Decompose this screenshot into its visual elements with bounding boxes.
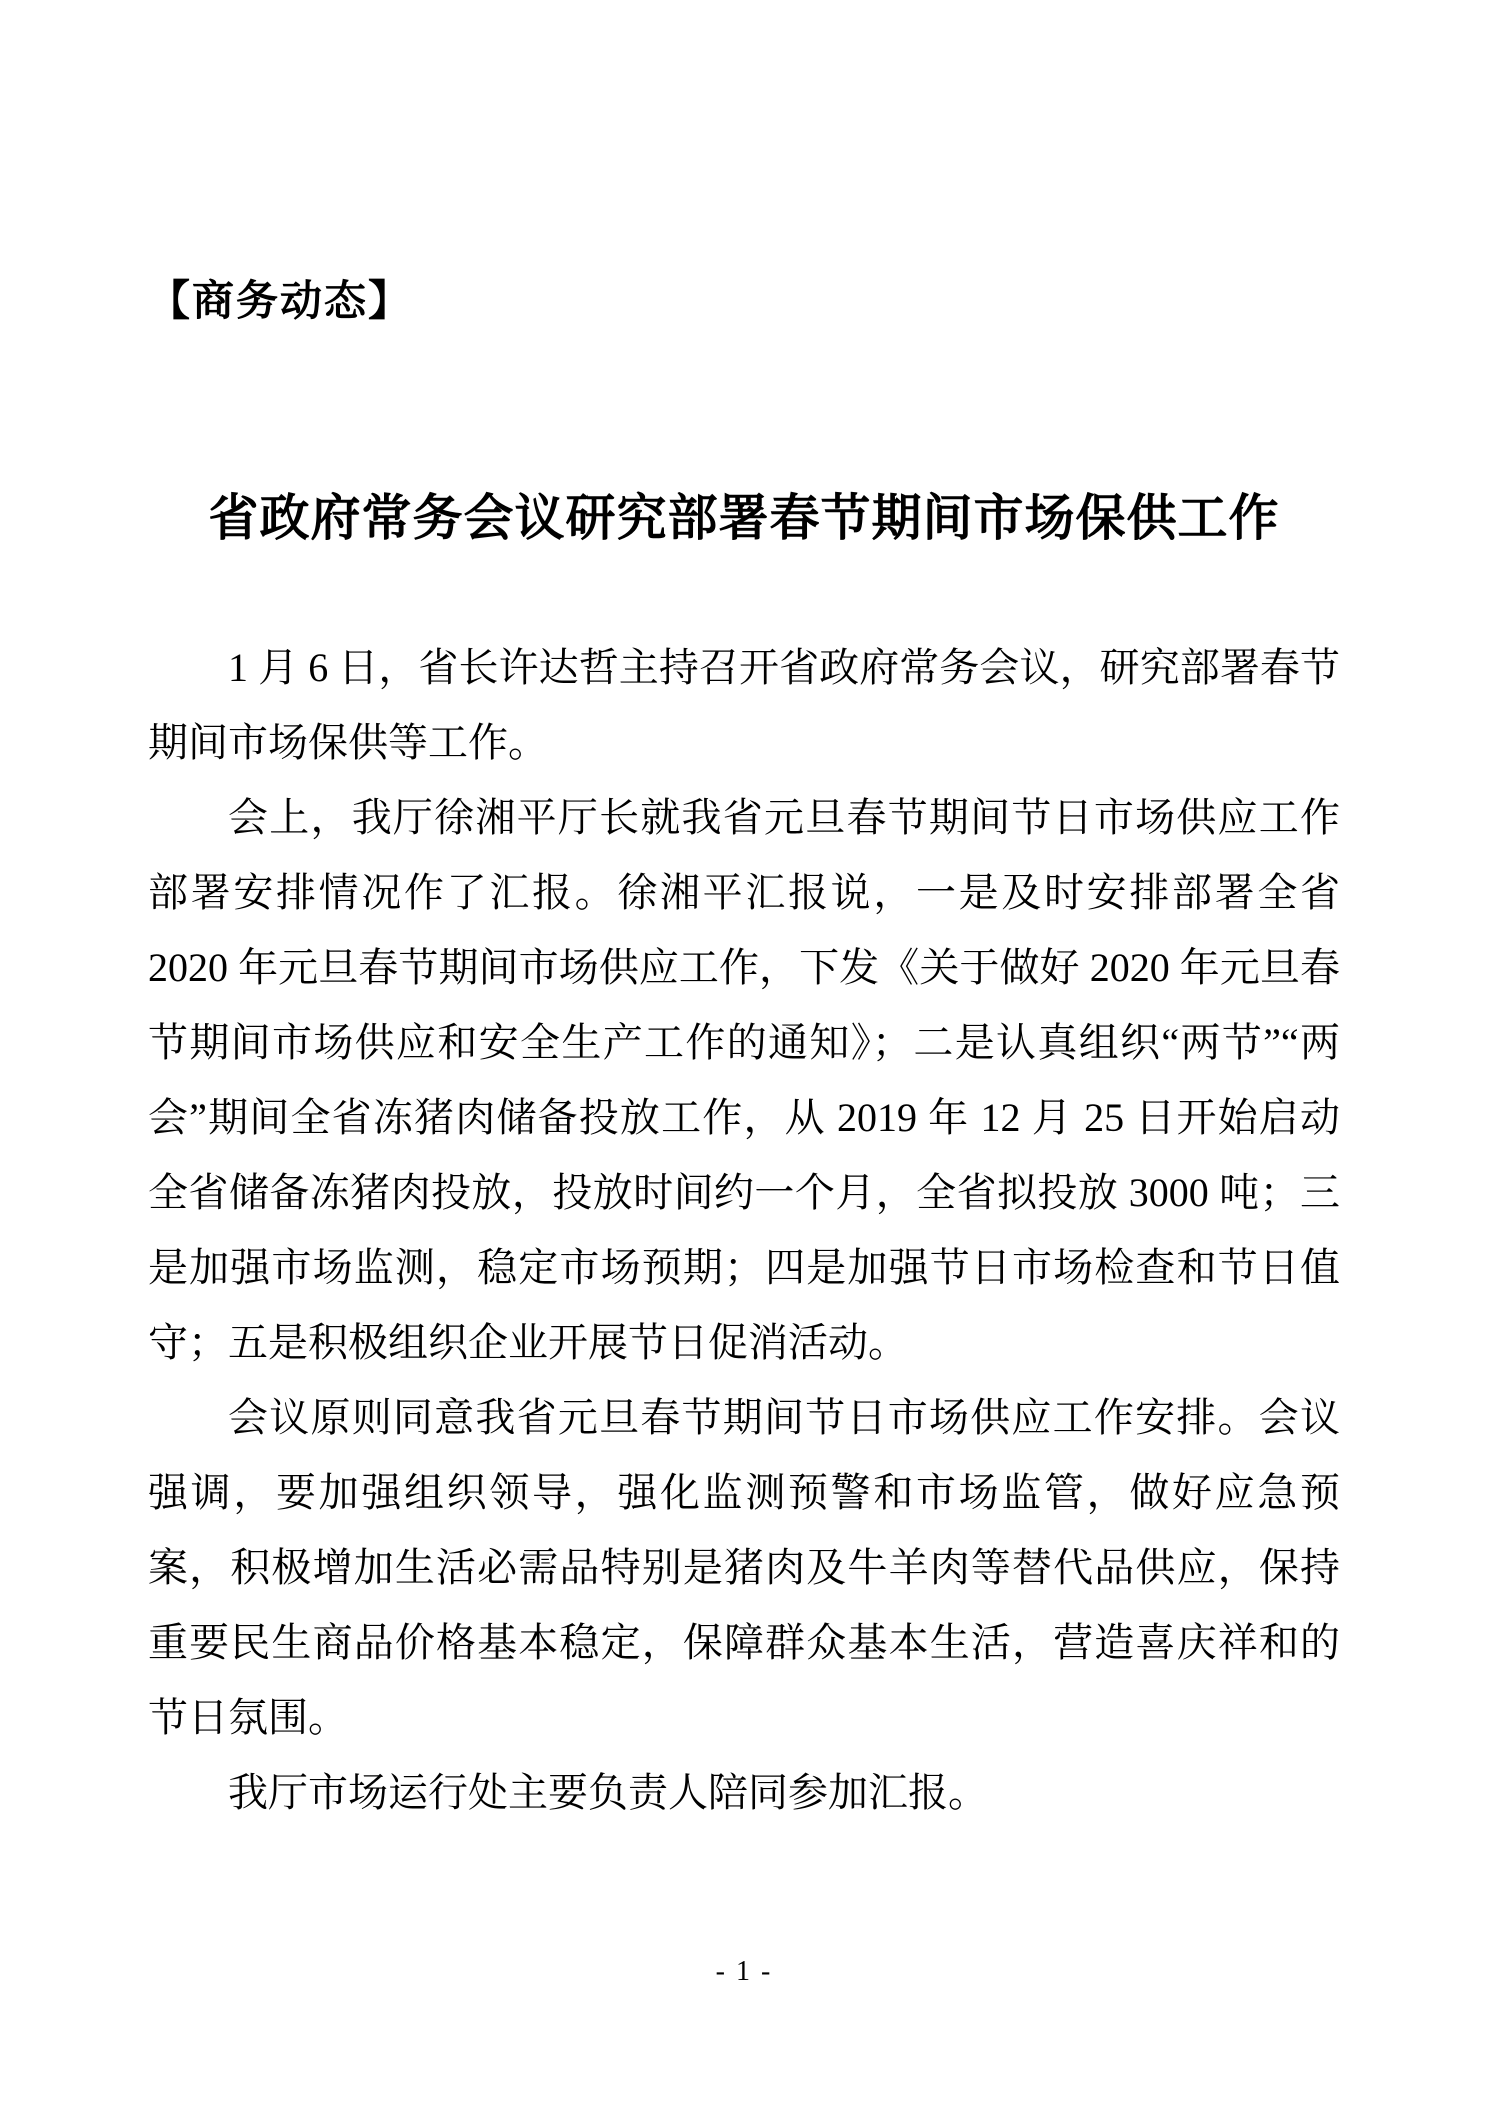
paragraph-1: 1 月 6 日，省长许达哲主持召开省政府常务会议，研究部署春节期间市场保供等工作… — [148, 630, 1340, 780]
section-header: 【商务动态】 — [148, 268, 412, 328]
paragraph-3: 会议原则同意我省元旦春节期间节日市场供应工作安排。会议强调，要加强组织领导，强化… — [148, 1380, 1340, 1755]
document-page: 【商务动态】 省政府常务会议研究部署春节期间市场保供工作 1 月 6 日，省长许… — [0, 0, 1488, 2105]
paragraph-2: 会上，我厅徐湘平厅长就我省元旦春节期间节日市场供应工作部署安排情况作了汇报。徐湘… — [148, 780, 1340, 1380]
paragraph-4: 我厅市场运行处主要负责人陪同参加汇报。 — [148, 1755, 1340, 1830]
page-number: - 1 - — [0, 1956, 1488, 1988]
document-title: 省政府常务会议研究部署春节期间市场保供工作 — [74, 478, 1414, 550]
document-body: 1 月 6 日，省长许达哲主持召开省政府常务会议，研究部署春节期间市场保供等工作… — [148, 630, 1340, 1830]
